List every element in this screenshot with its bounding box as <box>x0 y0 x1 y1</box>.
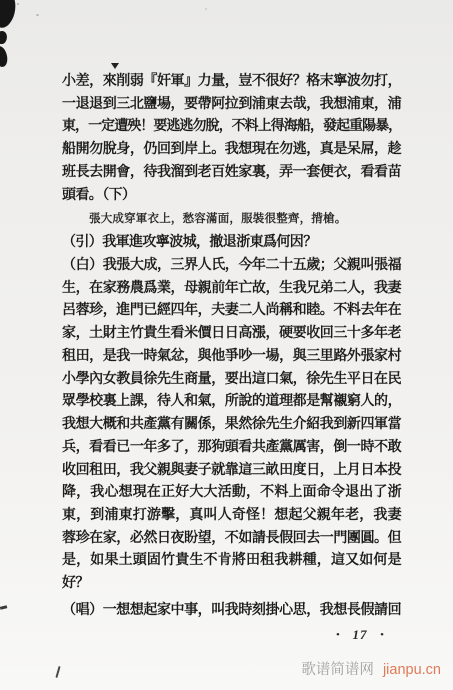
stray-slash-mark <box>55 666 60 678</box>
text-line: 好？ <box>62 573 401 596</box>
page-number-bullet-left: • <box>336 627 340 643</box>
text-line: （唱）一想想起家中事，叫我時刻掛心思，我想長假請回 <box>62 600 401 623</box>
text-line: 頭看。（下） <box>62 185 401 208</box>
text-line: 收回租田，我父親與妻子就靠這三畝田度日，上月日本投 <box>62 460 401 483</box>
ink-blotch-icon <box>0 31 8 45</box>
scan-speck <box>36 14 39 16</box>
text-line: 班長去開會，待我溜到老百姓家裏，弄一套便衣，看看苗 <box>62 162 401 185</box>
scan-speck <box>205 8 207 10</box>
text-line: 小差，來削弱『奸軍』力量，豈不很好？格末寧波勿打， <box>62 71 401 94</box>
text-line: 眾學校裏上課，待人和氣，所說的道理都是幫襯窮人的， <box>62 391 401 414</box>
text-line: 家，土財主竹貴生看米價日日高漲，硬要收回三十多年老 <box>62 323 401 346</box>
text-line: 東，到浦東打游擊，真叫人奇怪！想起父親年老，我妻 <box>62 505 401 528</box>
triangle-mark-icon <box>111 63 119 69</box>
watermark: 歌谱简谱网 jianpu.cn <box>301 658 441 679</box>
scanned-page: 小差，來削弱『奸軍』力量，豈不很好？格末寧波勿打，一退退到三北鹽場，要帶阿拉到浦… <box>0 0 453 690</box>
scan-speck <box>17 3 19 5</box>
text-line: 蓉珍在家，必然日夜盼望，不如請長假回去一門團圓。但 <box>62 528 401 551</box>
text-line: 是，如果土頭固竹貴生不肯將田租我耕種，這又如何是 <box>62 550 401 573</box>
watermark-site-domain: jianpu.cn <box>383 662 441 678</box>
text-line: 降，我心想現在正好大大活動，不料上面命令退出了浙 <box>62 482 401 505</box>
watermark-site-name: 歌谱简谱网 <box>301 662 374 678</box>
text-block: 小差，來削弱『奸軍』力量，豈不很好？格末寧波勿打，一退退到三北鹽場，要帶阿拉到浦… <box>62 71 401 623</box>
stage-direction-line: 張大成穿軍衣上，愁容滿面，服裝很整齊，揹槍。 <box>62 207 401 232</box>
page-number-bullet-right: • <box>380 627 384 643</box>
text-line: 兵，看看已一年多了，那狗頭看共產黨厲害，倒一時不敢 <box>62 437 401 460</box>
stray-dash-mark <box>0 605 7 609</box>
text-line: 船開勿脫身，仍回到岸上。我想現在勿逃，真是呆屌，趁 <box>62 139 401 162</box>
text-line: （引）我軍進攻寧波城，撤退浙東爲何因？ <box>62 232 401 255</box>
page-number: • 17 • <box>336 627 384 643</box>
text-line: 小學內女教員徐先生商量，要出這口氣，徐先生平日在民 <box>62 369 401 392</box>
page-number-value: 17 <box>353 627 368 643</box>
text-line: 我想大概和共產黨有關係，果然徐先生介紹我到新四軍當 <box>62 414 401 437</box>
text-line: 一退退到三北鹽場，要帶阿拉到浦東去哉，我想浦東，浦 <box>62 94 401 117</box>
ink-blotch-icon <box>0 45 9 68</box>
text-line: 東，一定遭殃！要逃逃勿脫，不料上得海船，發起重陽暴， <box>62 116 401 139</box>
text-line: 租田，是我一時氣忿，與他爭吵一場，與三里路外張家村 <box>62 346 401 369</box>
text-line: 生，在家務農爲業，母親前年亡故，生我兄弟二人，我妻 <box>62 278 401 301</box>
text-line: （白）我張大成，三界人氏，今年二十五歲；父親叫張福 <box>62 255 401 278</box>
text-line: 呂蓉珍，進門已經四年，夫妻二人尚稱和睦。不料去年在 <box>62 300 401 323</box>
